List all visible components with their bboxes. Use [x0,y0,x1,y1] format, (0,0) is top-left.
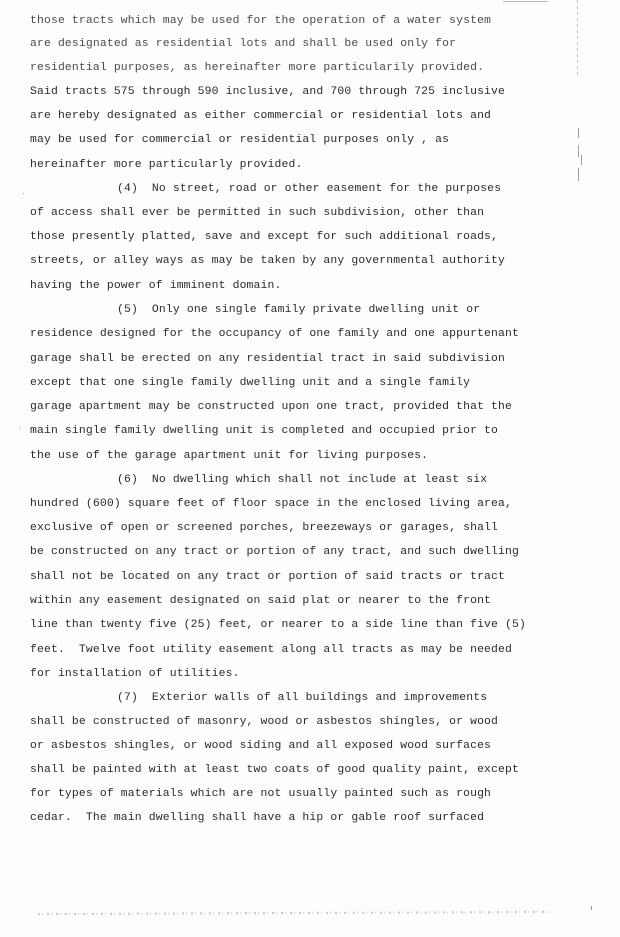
scan-artifact-margin-mark [578,145,579,157]
text-line: those presently platted, save and except… [30,230,498,244]
text-line: shall not be located on any tract or por… [30,570,505,584]
text-line: line than twenty five (25) feet, or near… [30,618,526,632]
paragraph-start-line: (4) No street, road or other easement fo… [117,182,501,196]
scanned-document-page: those tracts which may be used for the o… [0,0,620,937]
text-line: hereinafter more particularly provided. [30,158,302,172]
scan-speck [23,193,24,194]
text-line: or asbestos shingles, or wood siding and… [30,739,491,753]
text-line: are designated as residential lots and s… [30,37,456,51]
text-line: feet. Twelve foot utility easement along… [30,643,512,657]
text-line: residence designed for the occupancy of … [30,327,519,341]
scan-artifact-top-rule [503,1,548,2]
text-line: for installation of utilities. [30,667,240,681]
text-line: having the power of imminent domain. [30,279,281,293]
text-line: exclusive of open or screened porches, b… [30,521,498,535]
text-line: main single family dwelling unit is comp… [30,424,498,438]
text-line: hundred (600) square feet of floor space… [30,497,512,511]
scan-artifact-margin-mark [578,128,579,138]
text-line: shall be painted with at least two coats… [30,763,519,777]
paragraph-start-line: (7) Exterior walls of all buildings and … [117,691,487,705]
text-line: garage shall be erected on any residenti… [30,352,505,366]
scan-artifact-margin-rule [577,0,578,75]
text-line: of access shall ever be permitted in suc… [30,206,484,220]
scan-artifact-margin-mark [578,168,579,181]
text-line: are hereby designated as either commerci… [30,109,491,123]
text-line: streets, or alley ways as may be taken b… [30,254,505,268]
text-line: those tracts which may be used for the o… [30,14,491,28]
text-line: residential purposes, as hereinafter mor… [30,61,484,75]
text-line: except that one single family dwelling u… [30,376,470,390]
text-line: cedar. The main dwelling shall have a hi… [30,811,484,825]
paragraph-start-line: (6) No dwelling which shall not include … [117,473,487,487]
text-line: the use of the garage apartment unit for… [30,449,428,463]
text-line: for types of materials which are not usu… [30,787,491,801]
scan-speck [20,428,21,429]
scan-artifact-bottom-noise [38,911,548,915]
paragraph-start-line: (5) Only one single family private dwell… [117,303,480,317]
text-line: garage apartment may be constructed upon… [30,400,512,414]
text-line: may be used for commercial or residentia… [30,133,449,147]
text-line: be constructed on any tract or portion o… [30,545,519,559]
text-line: within any easement designated on said p… [30,594,491,608]
scan-speck [591,906,592,910]
scan-artifact-margin-mark [581,155,582,165]
text-line: Said tracts 575 through 590 inclusive, a… [30,85,505,99]
text-line: shall be constructed of masonry, wood or… [30,715,498,729]
